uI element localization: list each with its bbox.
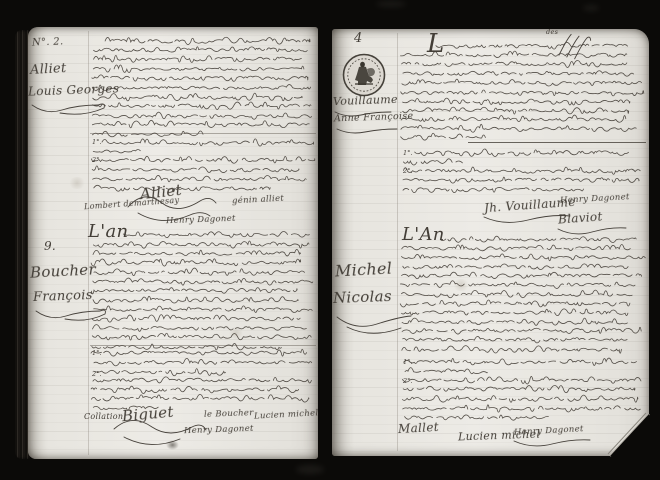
section-rule (90, 133, 316, 134)
section-rule (90, 345, 316, 346)
margin-name-surname: Alliet (30, 62, 67, 77)
signature: génin alliet (232, 195, 284, 206)
signature: Henry Dagonet (166, 215, 236, 226)
scanned-register-spread: N°. 2. Alliet Louis Georges 1°. 2°. Lomb… (0, 0, 660, 480)
margin-entry-number: 9. (44, 240, 56, 252)
signature: Henry Dagonet (514, 425, 584, 437)
foxing-spot (228, 327, 244, 339)
signature: le Boucher (204, 409, 254, 419)
margin-name-surname: Boucher (30, 262, 97, 280)
notarial-seal-stamp (341, 52, 387, 98)
margin-name-surname: Michel (335, 261, 393, 280)
scan-artifact (583, 5, 599, 11)
right-page: 4 des Vouillaume Anne Françoise L 1°. 2°… (332, 29, 649, 456)
margin-entry-number: N°. 2. (32, 37, 64, 48)
margin-underline-flourish (336, 125, 404, 135)
ink-blot (166, 440, 179, 450)
scan-artifact (296, 465, 324, 474)
left-page: N°. 2. Alliet Louis Georges 1°. 2°. Lomb… (28, 27, 318, 459)
foxing-spot (452, 279, 470, 291)
fill-in-line (468, 142, 646, 143)
foxing-spot (68, 177, 86, 189)
margin-name-surname: Vouillaume (333, 94, 398, 107)
signature: Mallet (398, 421, 439, 435)
folio-number: 4 (354, 32, 363, 45)
margin-name-firstname: François (33, 289, 93, 304)
signature-flourish (512, 437, 592, 449)
signature: Henry Dagonet (184, 425, 254, 436)
margin-name-firstname: Nicolas (333, 289, 392, 306)
scan-artifact (376, 1, 406, 7)
signature: Blaviot (558, 210, 603, 225)
